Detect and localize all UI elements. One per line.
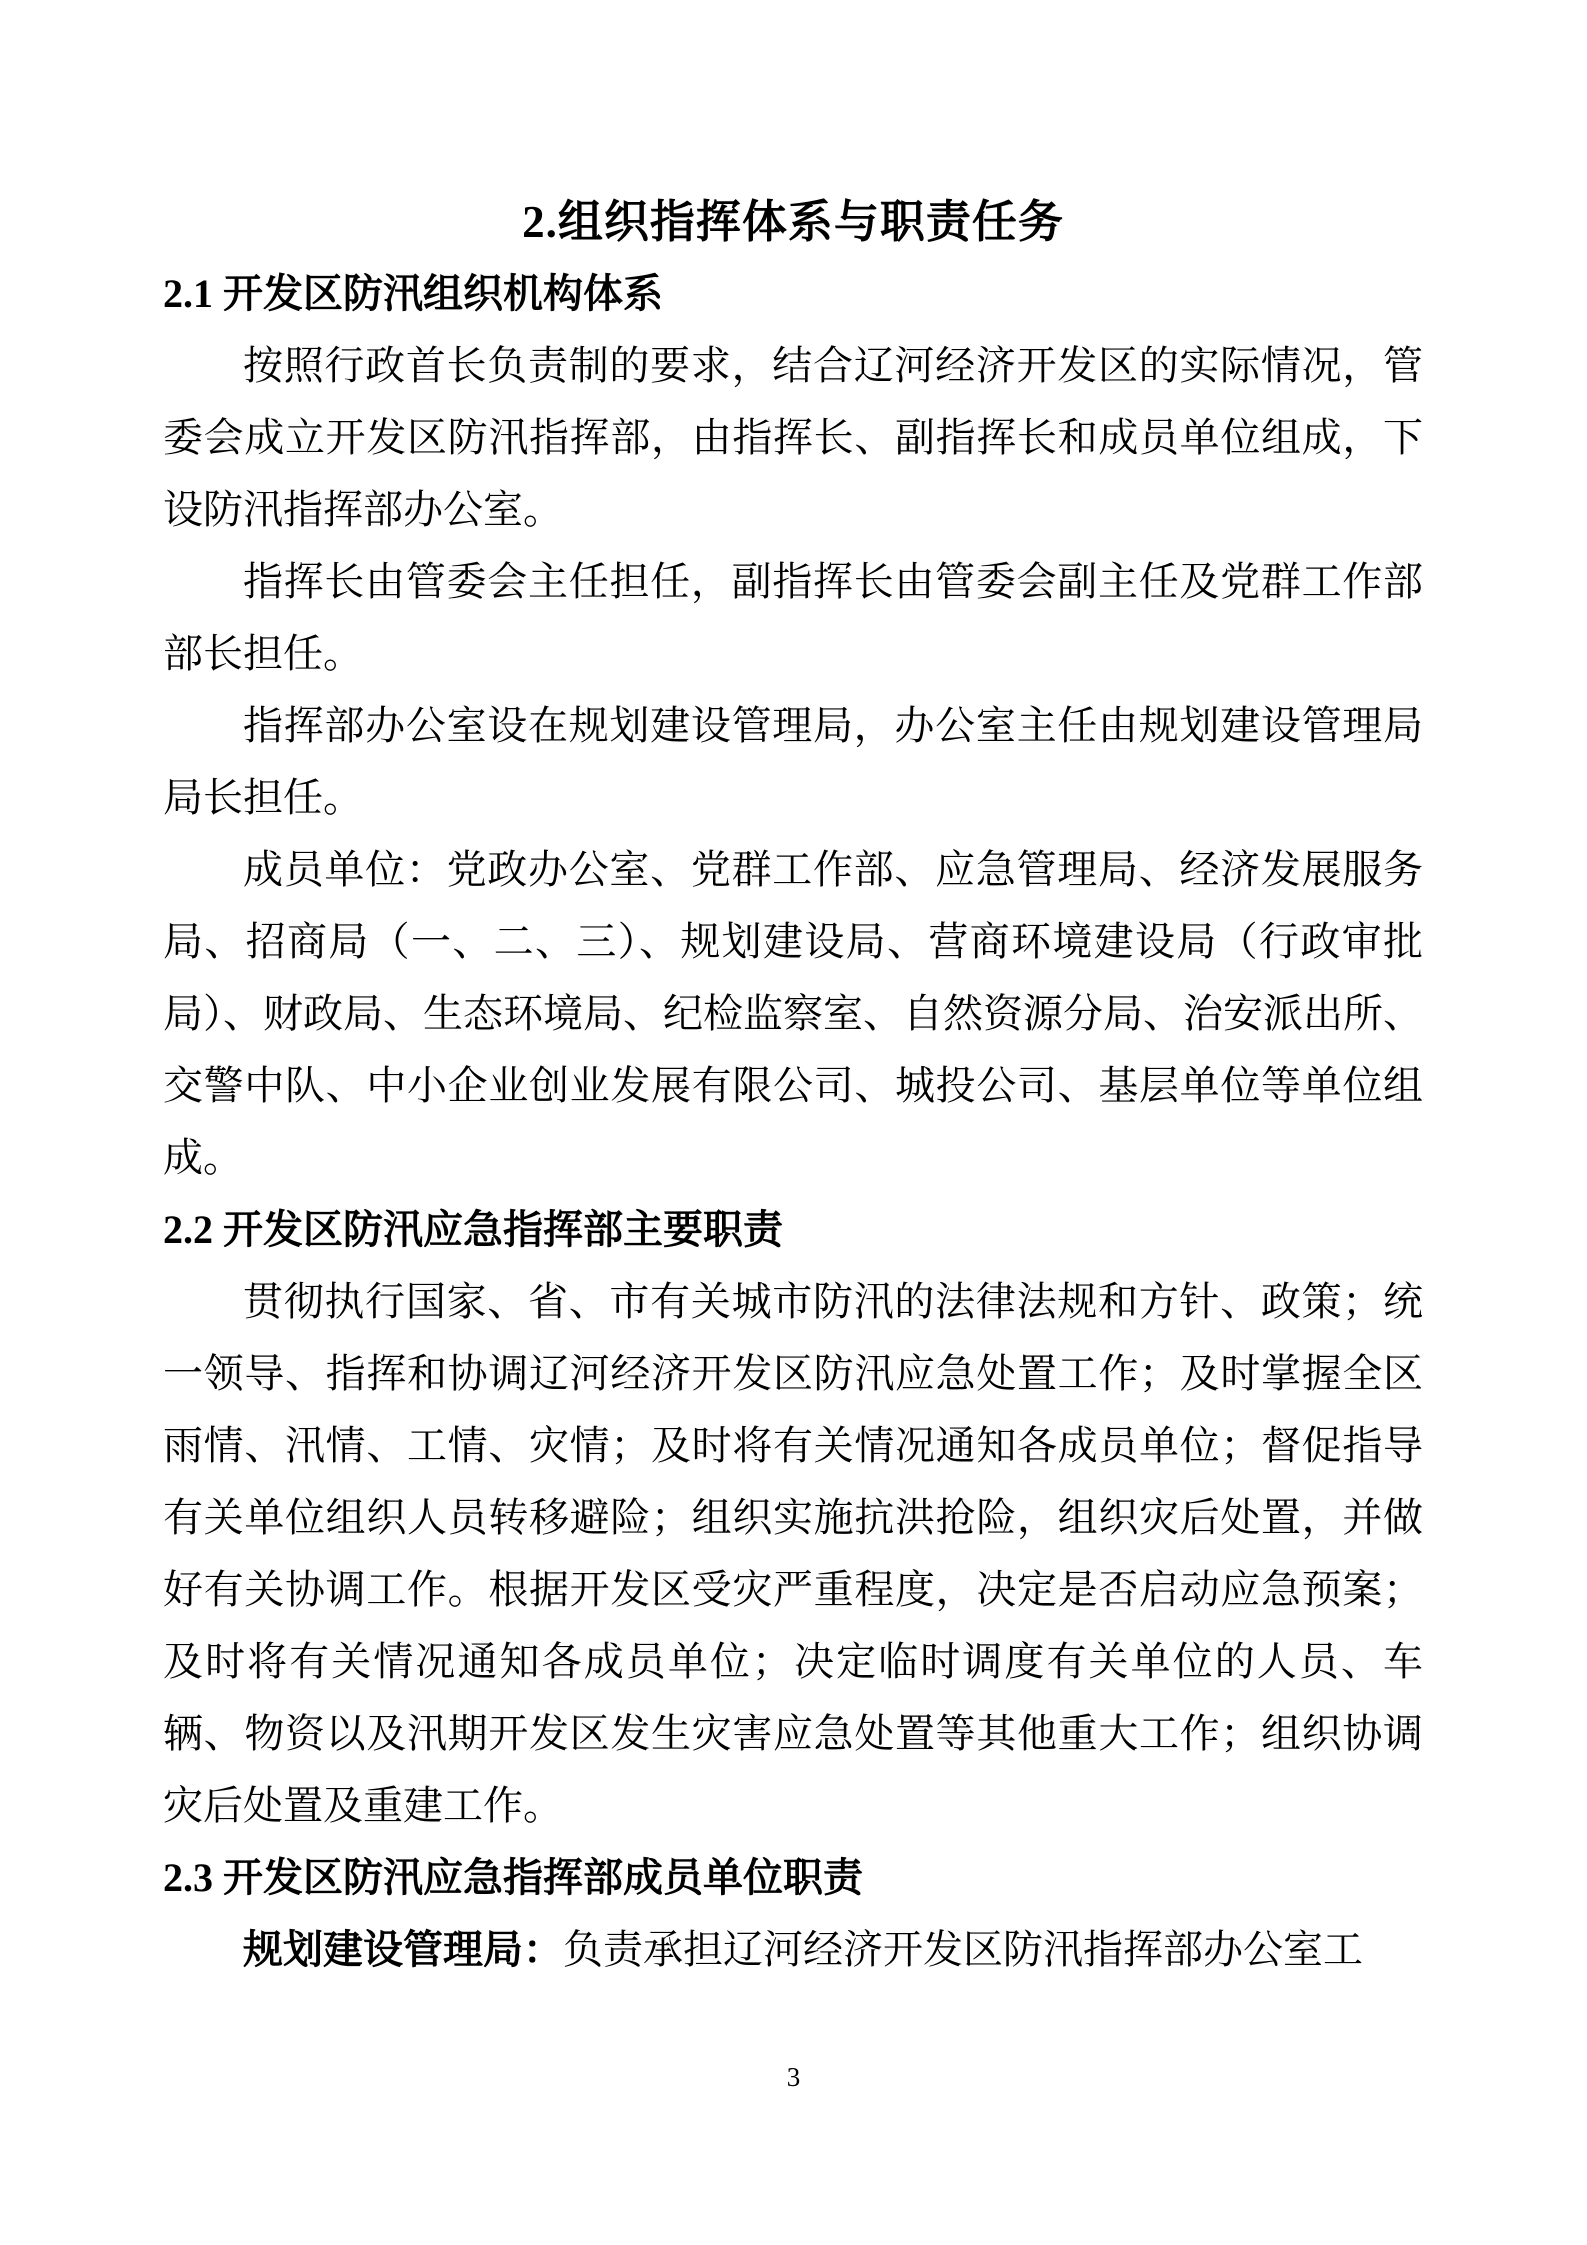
section-heading: 2.1 开发区防汛组织机构体系	[163, 258, 1423, 330]
paragraph: 指挥长由管委会主任担任，副指挥长由管委会副主任及党群工作部部长担任。	[163, 546, 1423, 690]
section-heading: 2.3 开发区防汛应急指挥部成员单位职责	[163, 1842, 1423, 1914]
document-page: 2.组织指挥体系与职责任务 2.1 开发区防汛组织机构体系按照行政首长负责制的要…	[0, 0, 1587, 2245]
paragraph: 规划建设管理局：负责承担辽河经济开发区防汛指挥部办公室工	[163, 1914, 1423, 1986]
section-heading: 2.2 开发区防汛应急指挥部主要职责	[163, 1194, 1423, 1266]
paragraph: 成员单位：党政办公室、党群工作部、应急管理局、经济发展服务局、招商局（一、二、三…	[163, 834, 1423, 1194]
paragraph-lead: 规划建设管理局：	[243, 1927, 563, 1972]
paragraph-text: 负责承担辽河经济开发区防汛指挥部办公室工	[563, 1927, 1363, 1972]
paragraph: 按照行政首长负责制的要求，结合辽河经济开发区的实际情况，管委会成立开发区防汛指挥…	[163, 330, 1423, 546]
paragraph: 指挥部办公室设在规划建设管理局，办公室主任由规划建设管理局局长担任。	[163, 690, 1423, 834]
page-number: 3	[0, 2062, 1587, 2093]
document-title: 2.组织指挥体系与职责任务	[163, 186, 1423, 258]
document-body: 2.1 开发区防汛组织机构体系按照行政首长负责制的要求，结合辽河经济开发区的实际…	[163, 258, 1423, 1986]
paragraph: 贯彻执行国家、省、市有关城市防汛的法律法规和方针、政策；统一领导、指挥和协调辽河…	[163, 1266, 1423, 1842]
